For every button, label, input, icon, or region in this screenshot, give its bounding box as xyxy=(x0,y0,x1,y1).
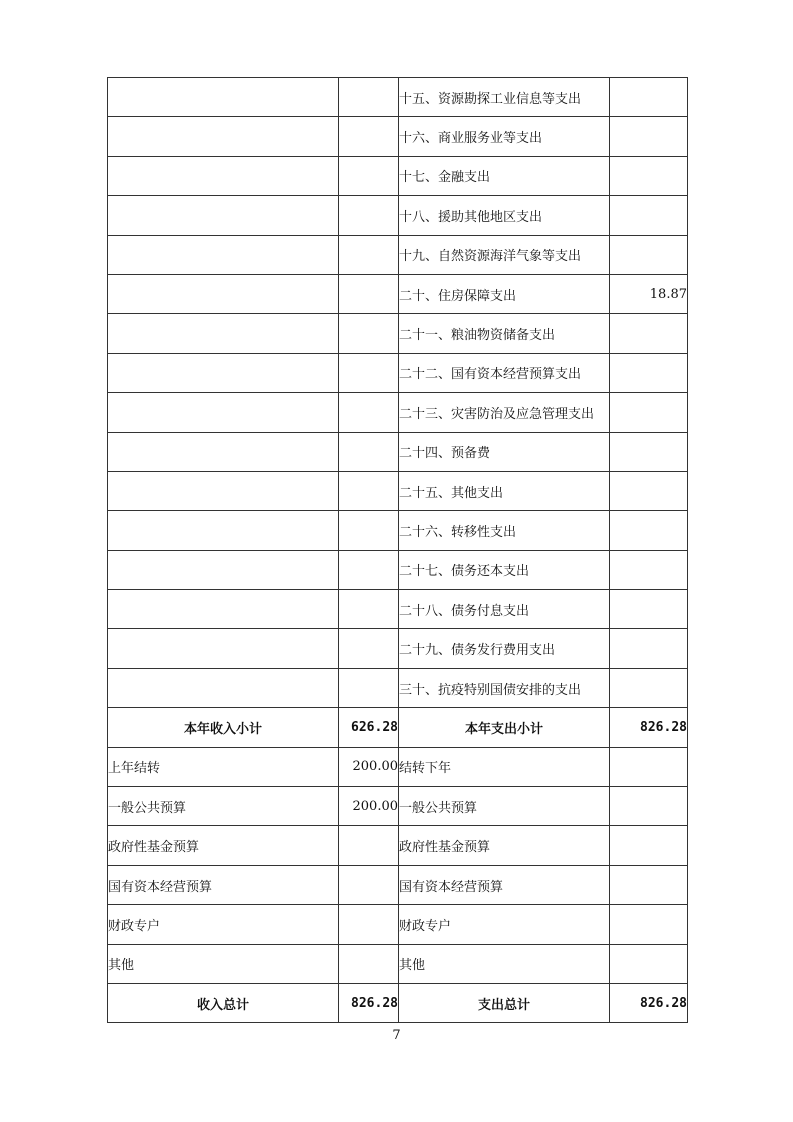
income-total-value: 826.28 xyxy=(339,983,399,1022)
expense-label: 二十三、灾害防治及应急管理支出 xyxy=(399,393,610,432)
budget-table: 十五、资源勘探工业信息等支出 十六、商业服务业等支出 十七、金融支出 十八、援助… xyxy=(107,77,688,1023)
table-row: 二十二、国有资本经营预算支出 xyxy=(108,353,688,392)
expense-value xyxy=(610,550,688,589)
table-row: 二十五、其他支出 xyxy=(108,471,688,510)
table-row: 政府性基金预算政府性基金预算 xyxy=(108,826,688,865)
expense-label: 二十、住房保障支出 xyxy=(399,274,610,313)
expense-value xyxy=(610,668,688,707)
table-row: 国有资本经营预算国有资本经营预算 xyxy=(108,865,688,904)
expense-label: 二十九、债务发行费用支出 xyxy=(399,629,610,668)
expense-value xyxy=(610,471,688,510)
expense-value xyxy=(610,196,688,235)
table-row: 一般公共预算200.00一般公共预算 xyxy=(108,787,688,826)
income-subtotal-label: 本年收入小计 xyxy=(108,708,339,747)
expense-value xyxy=(610,393,688,432)
carry-row: 上年结转 200.00 结转下年 xyxy=(108,747,688,786)
table-row: 二十九、债务发行费用支出 xyxy=(108,629,688,668)
next-year-carry-label: 结转下年 xyxy=(399,747,610,786)
expense-label: 十八、援助其他地区支出 xyxy=(399,196,610,235)
table-row: 十七、金融支出 xyxy=(108,156,688,195)
expense-label: 二十七、债务还本支出 xyxy=(399,550,610,589)
expense-label: 二十二、国有资本经营预算支出 xyxy=(399,353,610,392)
expense-value xyxy=(610,353,688,392)
table-row: 二十六、转移性支出 xyxy=(108,511,688,550)
expense-value: 18.87 xyxy=(610,274,688,313)
income-total-label: 收入总计 xyxy=(108,983,339,1022)
expense-label: 十七、金融支出 xyxy=(399,156,610,195)
expense-value xyxy=(610,235,688,274)
expense-value xyxy=(610,156,688,195)
prior-year-carry-label: 上年结转 xyxy=(108,747,339,786)
table-row: 二十八、债务付息支出 xyxy=(108,590,688,629)
expense-label: 二十五、其他支出 xyxy=(399,471,610,510)
expense-subtotal-label: 本年支出小计 xyxy=(399,708,610,747)
expense-label: 二十六、转移性支出 xyxy=(399,511,610,550)
expense-label: 二十一、粮油物资储备支出 xyxy=(399,314,610,353)
table-row: 二十四、预备费 xyxy=(108,432,688,471)
total-row: 收入总计 826.28 支出总计 826.28 xyxy=(108,983,688,1022)
prior-year-carry-value: 200.00 xyxy=(339,747,399,786)
table-row: 其他其他 xyxy=(108,944,688,983)
expense-value xyxy=(610,78,688,117)
expense-value xyxy=(610,511,688,550)
expense-total-label: 支出总计 xyxy=(399,983,610,1022)
table-row: 十五、资源勘探工业信息等支出 xyxy=(108,78,688,117)
subtotal-row: 本年收入小计 626.28 本年支出小计 826.28 xyxy=(108,708,688,747)
table-row: 二十、住房保障支出18.87 xyxy=(108,274,688,313)
expense-value xyxy=(610,117,688,156)
table-row: 三十、抗疫特别国债安排的支出 xyxy=(108,668,688,707)
next-year-carry-value xyxy=(610,747,688,786)
table-row: 十六、商业服务业等支出 xyxy=(108,117,688,156)
table-row: 二十一、粮油物资储备支出 xyxy=(108,314,688,353)
expense-subtotal-value: 826.28 xyxy=(610,708,688,747)
expense-label: 十九、自然资源海洋气象等支出 xyxy=(399,235,610,274)
expense-value xyxy=(610,314,688,353)
table-row: 十九、自然资源海洋气象等支出 xyxy=(108,235,688,274)
expense-value xyxy=(610,629,688,668)
table-row: 二十七、债务还本支出 xyxy=(108,550,688,589)
expense-label: 二十四、预备费 xyxy=(399,432,610,471)
table-row: 十八、援助其他地区支出 xyxy=(108,196,688,235)
expense-value xyxy=(610,432,688,471)
expense-label: 三十、抗疫特别国债安排的支出 xyxy=(399,668,610,707)
page-number: 7 xyxy=(0,1028,793,1043)
income-subtotal-value: 626.28 xyxy=(339,708,399,747)
expense-label: 十五、资源勘探工业信息等支出 xyxy=(399,78,610,117)
expense-label: 十六、商业服务业等支出 xyxy=(399,117,610,156)
expense-total-value: 826.28 xyxy=(610,983,688,1022)
table-row: 财政专户财政专户 xyxy=(108,905,688,944)
table-row: 二十三、灾害防治及应急管理支出 xyxy=(108,393,688,432)
expense-value xyxy=(610,590,688,629)
expense-label: 二十八、债务付息支出 xyxy=(399,590,610,629)
